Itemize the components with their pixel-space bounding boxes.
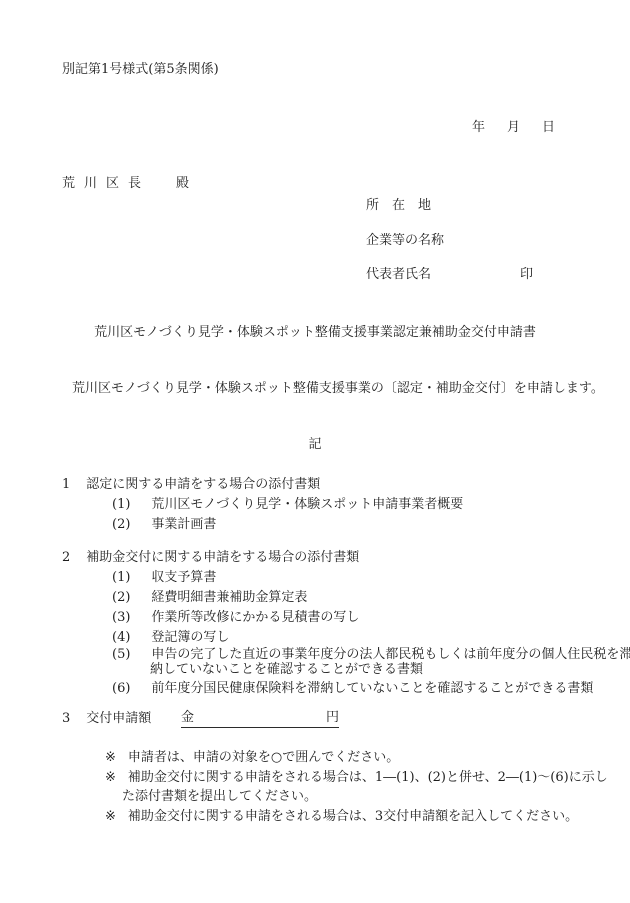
section-3-heading: 3交付申請額: [62, 711, 151, 727]
section-2-item-5: (5)申告の完了した直近の事業年度分の法人都民税もしくは前年度分の個人住民税を滞…: [112, 647, 630, 677]
item-text: 経費明細書兼補助金算定表: [151, 590, 307, 605]
item-text: 作業所等改修にかかる見積書の写し: [151, 610, 359, 625]
item-number: (1): [112, 497, 130, 512]
section-2-item-4: (4)登記簿の写し: [112, 630, 229, 646]
record-mark: 記: [0, 437, 630, 453]
section-1-item-1: (1)荒川区モノづくり見学・体験スポット申請事業者概要: [112, 497, 463, 513]
item-number: (5): [112, 647, 130, 662]
item-text: 事業計画書: [151, 517, 216, 532]
item-text: 荒川区モノづくり見学・体験スポット申請事業者概要: [151, 497, 463, 512]
section-3-number: 3: [62, 711, 70, 727]
date-day-label: 日: [542, 120, 555, 136]
document-title: 荒川区モノづくり見学・体験スポット整備支援事業認定兼補助金交付申請書: [0, 325, 630, 341]
section-2-item-6: (6)前年度分国民健康保険料を滞納していないことを確認することができる書類: [112, 681, 593, 697]
amount-currency-prefix: 金: [181, 710, 194, 727]
section-1-item-2: (2)事業計画書: [112, 517, 216, 533]
amount-label: 交付申請額: [86, 711, 151, 726]
section-2-heading-text: 補助金交付に関する申請をする場合の添付書類: [86, 550, 359, 565]
item-number: (6): [112, 681, 130, 696]
addressee-honorific: 殿: [176, 176, 189, 192]
note-2: ※補助金交付に関する申請をされる場合は、1―(1)、(2)と併せ、2―(1)～(…: [105, 768, 614, 806]
applicant-company-label: 企業等の名称: [366, 233, 444, 249]
section-2-item-3: (3)作業所等改修にかかる見積書の写し: [112, 610, 359, 626]
form-number: 別記第1号様式(第5条関係): [62, 62, 219, 78]
section-2-item-1: (1)収支予算書: [112, 570, 216, 586]
item-number: (4): [112, 630, 130, 645]
addressee-name: 荒 川 区 長: [62, 176, 139, 192]
item-text: 前年度分国民健康保険料を滞納していないことを確認することができる書類: [151, 681, 593, 696]
item-number: (2): [112, 590, 130, 605]
item-number: (3): [112, 610, 130, 625]
date-year-label: 年: [472, 120, 485, 136]
note-1: ※申請者は、申請の対象を○で囲んでください。: [105, 748, 614, 767]
note-text: 補助金交付に関する申請をされる場合は、1―(1)、(2)と併せ、2―(1)～(6…: [122, 770, 608, 804]
document-page: 別記第1号様式(第5条関係) 年 月 日 荒 川 区 長 殿 所 在 地 企業等…: [0, 0, 630, 903]
note-text: 申請者は、申請の対象を○で囲んでください。: [128, 750, 399, 765]
section-1-number: 1: [62, 477, 70, 493]
section-2-heading: 2補助金交付に関する申請をする場合の添付書類: [62, 550, 359, 566]
section-1-heading-text: 認定に関する申請をする場合の添付書類: [86, 477, 320, 492]
note-mark: ※: [105, 809, 116, 824]
date-month-label: 月: [507, 120, 520, 136]
note-text: 補助金交付に関する申請をされる場合は、3交付申請額を記入してください。: [128, 809, 578, 824]
date-line: 年 月 日: [472, 120, 555, 136]
seal-mark: 印: [520, 267, 533, 283]
note-mark: ※: [105, 750, 116, 765]
amount-currency-suffix: 円: [326, 710, 339, 727]
applicant-representative-label: 代表者氏名: [366, 267, 431, 283]
section-1-heading: 1認定に関する申請をする場合の添付書類: [62, 477, 320, 493]
amount-field: 金 円: [181, 710, 339, 728]
note-mark: ※: [105, 770, 116, 785]
intro-sentence: 荒川区モノづくり見学・体験スポット整備支援事業の〔認定・補助金交付〕を申請します…: [72, 381, 604, 397]
section-2-number: 2: [62, 550, 70, 566]
note-3: ※補助金交付に関する申請をされる場合は、3交付申請額を記入してください。: [105, 807, 614, 826]
item-text: 登記簿の写し: [151, 630, 229, 645]
item-text: 申告の完了した直近の事業年度分の法人都民税もしくは前年度分の個人住民税を滞納して…: [150, 647, 630, 677]
item-number: (1): [112, 570, 130, 585]
applicant-address-label: 所 在 地: [366, 198, 431, 214]
item-text: 収支予算書: [151, 570, 216, 585]
item-number: (2): [112, 517, 130, 532]
section-2-item-2: (2)経費明細書兼補助金算定表: [112, 590, 307, 606]
